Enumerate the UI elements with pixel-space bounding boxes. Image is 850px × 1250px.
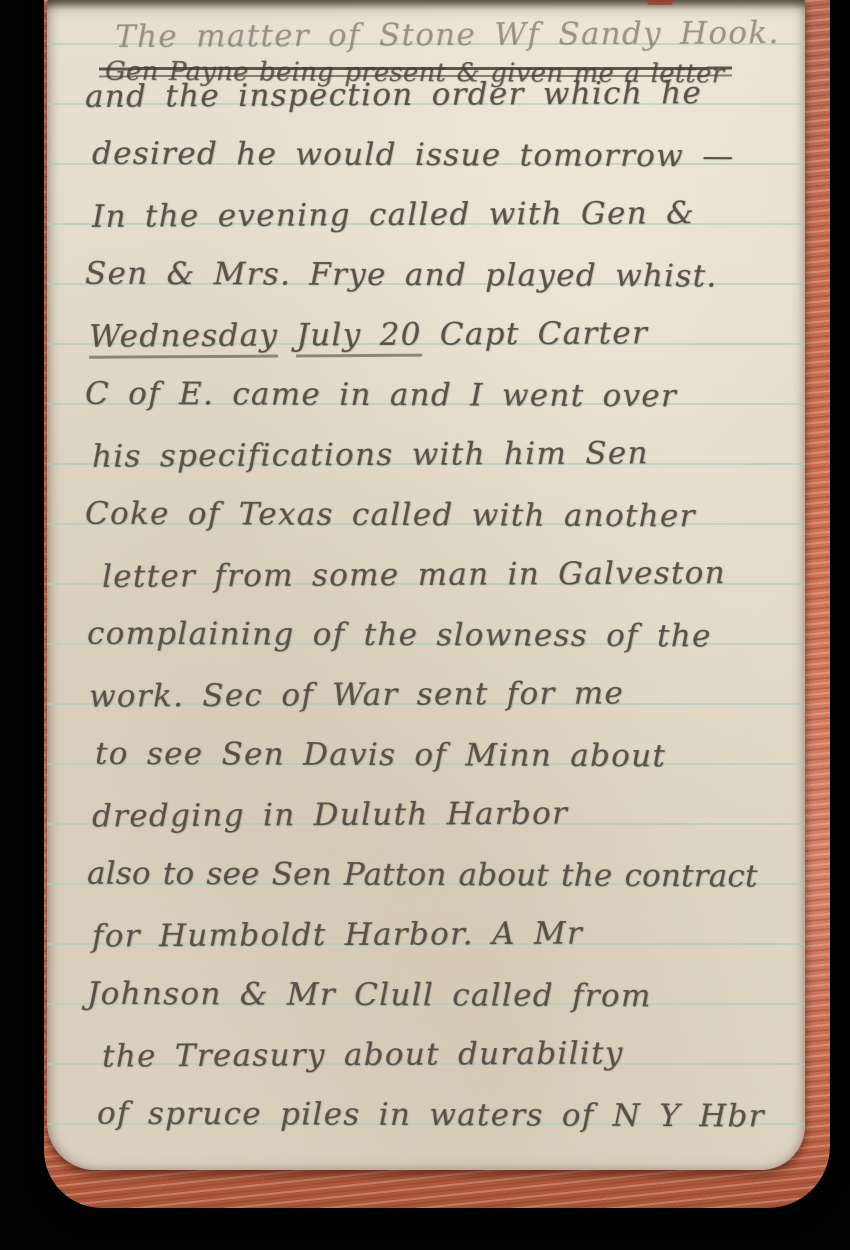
handwriting-line: the Treasury about durability (102, 1027, 624, 1082)
handwriting-line: In the evening called with Gen & (92, 187, 695, 243)
handwriting-line: for Humboldt Harbor. A Mr (92, 908, 583, 963)
handwriting-line: Sen & Mrs. Frye and played whist. (85, 248, 718, 303)
handwriting-line: complaining of the slowness of the (87, 608, 712, 663)
notebook-page: The matter of Stone Wf Sandy Hook.Gen Pa… (47, 0, 805, 1170)
handwriting-line: C of E. came in and I went over (85, 368, 677, 423)
handwriting-line: desired he would issue tomorrow — (92, 128, 735, 183)
handwriting-line: letter from some man in Galveston (102, 547, 726, 603)
handwriting-line: his specifications with him Sen (92, 427, 649, 482)
handwriting-line: to see Sen Davis of Minn about (95, 728, 666, 782)
photo-background: { "scene": { "description": "Photograph … (0, 0, 850, 1250)
handwriting-line: dredging in Duluth Harbor (92, 788, 568, 843)
photo-scene: The matter of Stone Wf Sandy Hook.Gen Pa… (0, 0, 850, 1250)
handwriting-text-block: The matter of Stone Wf Sandy Hook.Gen Pa… (47, 0, 805, 1170)
handwriting-line: Coke of Texas called with another (85, 488, 696, 543)
handwriting-line: of spruce piles in waters of N Y Hbr (97, 1088, 765, 1143)
handwriting-line: also to see Sen Patton about the contrac… (87, 848, 758, 903)
underlined-date: Wednesday (89, 318, 279, 359)
handwriting-line: and the inspection order which he (85, 67, 702, 123)
handwriting-line: Wednesday July 20 Capt Carter (89, 307, 648, 362)
handwriting-line: work. Sec of War sent for me (89, 667, 624, 722)
underlined-date: July 20 (296, 317, 421, 358)
handwriting-line: Johnson & Mr Clull called from (87, 968, 652, 1022)
